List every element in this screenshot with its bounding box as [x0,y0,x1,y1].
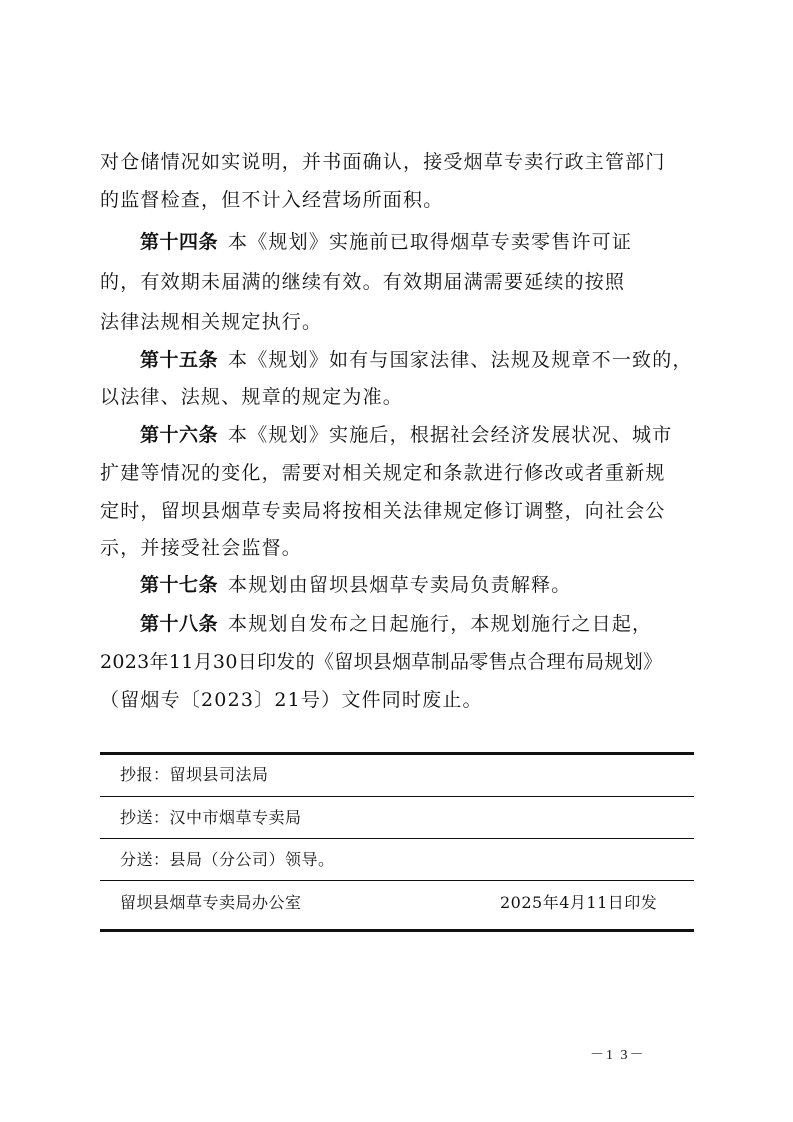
article-15: 第十五条本《规划》如有与国家法律、法规及规章不一致的， [140,348,694,372]
footer-divider [100,880,694,881]
article-17: 第十七条本规划由留坝县烟草专卖局负责解释。 [140,573,694,597]
issuer: 留坝县烟草专卖局办公室 [120,893,302,913]
paragraph-line: 以法律、法规、规章的规定为准。 [100,385,694,409]
article-text: 本《规划》如有与国家法律、法规及规章不一致的， [228,349,693,371]
paragraph-line: 对仓储情况如实说明，并书面确认，接受烟草专卖行政主管部门 [100,150,694,174]
paragraph-line: 示，并接受社会监督。 [100,536,694,560]
footer-top-rule [100,752,694,755]
article-text: 本规划自发布之日起施行，本规划施行之日起， [228,613,652,635]
article-text: 本规划由留坝县烟草专卖局负责解释。 [228,574,571,596]
paragraph-line: 定时，留坝县烟草专卖局将按相关法律规定修订调整，向社会公 [100,499,694,523]
paragraph-line: （留烟专〔2023〕21号）文件同时废止。 [100,688,694,712]
article-label: 第十六条 [140,424,218,446]
article-16: 第十六条本《规划》实施后，根据社会经济发展状况、城市 [140,423,694,447]
article-text: 本《规划》实施后，根据社会经济发展状况、城市 [228,424,672,446]
article-label: 第十八条 [140,613,218,635]
cc-send: 抄送：汉中市烟草专卖局 [120,808,302,828]
paragraph-line: 的，有效期未届满的继续有效。有效期届满需要延续的按照 [100,270,694,294]
paragraph-line: 法律法规相关规定执行。 [100,310,694,334]
page-number: －1 3－ [590,1044,646,1064]
cc-report: 抄报：留坝县司法局 [120,765,269,785]
paragraph-line: 2023年11月30日印发的《留坝县烟草制品零售点合理布局规划》 [100,650,694,674]
footer-divider [100,838,694,839]
paragraph-line: 扩建等情况的变化，需要对相关规定和条款进行修改或者重新规 [100,461,694,485]
article-label: 第十七条 [140,574,218,596]
article-18: 第十八条本规划自发布之日起施行，本规划施行之日起， [140,612,694,636]
article-14: 第十四条本《规划》实施前已取得烟草专卖零售许可证 [140,230,694,254]
footer-bottom-rule [100,929,694,932]
article-text: 本《规划》实施前已取得烟草专卖零售许可证 [228,231,632,253]
distribute: 分送：县局（分公司）领导。 [120,850,335,870]
issue-date: 2025年4月11日印发 [500,893,657,913]
paragraph-line: 的监督检查，但不计入经营场所面积。 [100,188,694,212]
article-label: 第十四条 [140,231,218,253]
footer-divider [100,796,694,797]
article-label: 第十五条 [140,349,218,371]
